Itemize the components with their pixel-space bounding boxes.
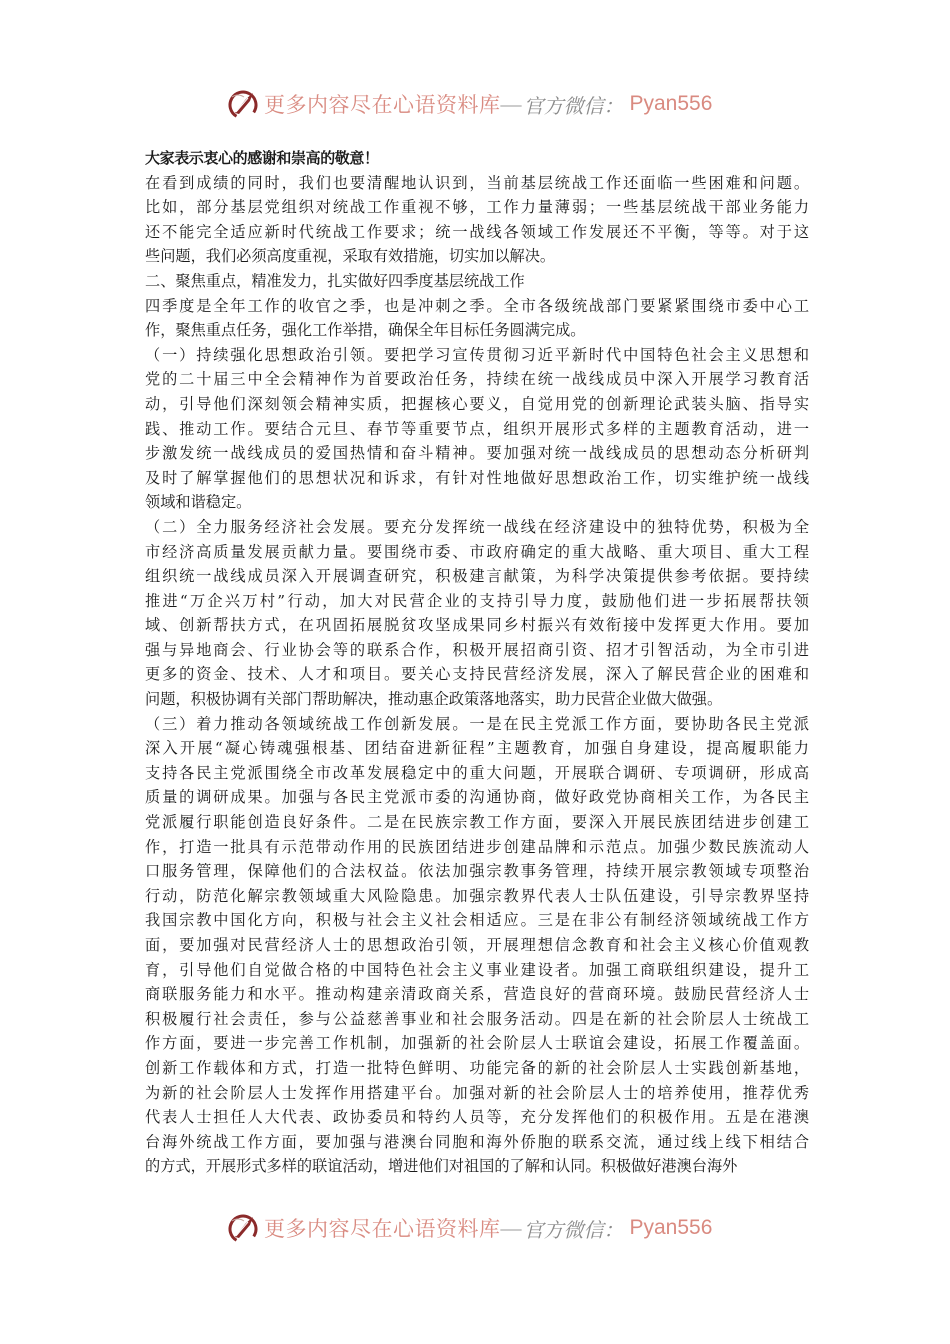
banner-site-name: 更多内容尽在心语资料库: [264, 1213, 501, 1243]
paragraph: 在看到成绩的同时，我们也要清醒地认识到，当前基层统战工作还面临一些困难和问题。比…: [145, 171, 809, 269]
text-line: 更多的资金、技术、人才和项目。要关心支持民营经济发展，深入了解民营企业的困难和: [145, 662, 809, 687]
text-line: 积极履行社会责任，参与公益慈善事业和社会服务活动。四是在新的社会阶层人士统战工: [145, 1007, 809, 1032]
bold-line: 大家表示衷心的感谢和崇高的敬意！: [145, 146, 809, 171]
text-line: 口服务管理，保障他们的合法权益。依法加强宗教事务管理，持续开展宗教领域专项整治: [145, 859, 809, 884]
text-line: 台海外统战工作方面，要加强与港澳台同胞和海外侨胞的联系交流，通过线上线下相结合: [145, 1130, 809, 1155]
text-line: （二）全力服务经济社会发展。要充分发挥统一战线在经济建设中的独特优势，积极为全: [145, 515, 809, 540]
paragraph: （一）持续强化思想政治引领。要把学习宣传贯彻习近平新时代中国特色社会主义思想和党…: [145, 343, 809, 515]
paragraph: 四季度是全年工作的收官之季，也是冲刺之季。全市各级统战部门要紧紧围绕市委中心工作…: [145, 294, 809, 343]
text-line: 领域和谐稳定。: [145, 490, 809, 515]
text-line: 党派履行职能创造良好条件。二是在民族宗教工作方面，要深入开展民族团结进步创建工: [145, 810, 809, 835]
text-line: 比如，部分基层党组织对统战工作重视不够，工作力量薄弱；一些基层统战干部业务能力: [145, 195, 809, 220]
quill-pen-logo-icon: [226, 87, 260, 121]
text-line: 动，引导他们深刻领会精神实质，把握核心要义，自觉用党的创新理论武装头脑、指导实: [145, 392, 809, 417]
paragraph: （三）着力推动各领域统战工作创新发展。一是在民主党派工作方面，要协助各民主党派深…: [145, 712, 809, 1179]
text-line: 我国宗教中国化方向，积极与社会主义社会相适应。三是在非公有制经济领域统战工作方: [145, 908, 809, 933]
text-line: 强与异地商会、行业协会等的联系合作，积极开展招商引资、招才引智活动，为全市引进: [145, 638, 809, 663]
text-line: （三）着力推动各领域统战工作创新发展。一是在民主党派工作方面，要协助各民主党派: [145, 712, 809, 737]
text-line: 的方式，开展形式多样的联谊活动，增进他们对祖国的了解和认同。积极做好港澳台海外: [145, 1154, 809, 1179]
text-line: 市经济高质量发展贡献力量。要围绕市委、市政府确定的重大战略、重大项目、重大工程: [145, 540, 809, 565]
text-line: 作，打造一批具有示范带动作用的民族团结进步创建品牌和示范点。加强少数民族流动人: [145, 835, 809, 860]
document-body: 大家表示衷心的感谢和崇高的敬意！在看到成绩的同时，我们也要清醒地认识到，当前基层…: [145, 146, 809, 1179]
text-line: 践、推动工作。要结合元旦、春节等重要节点，组织开展形式多样的主题教育活动，进一: [145, 417, 809, 442]
text-line: 代表人士担任人大代表、政协委员和特约人员等，充分发挥他们的积极作用。五是在港澳: [145, 1105, 809, 1130]
banner-wechat-id: Pyan556: [630, 1216, 713, 1240]
banner-wechat-label: 官方微信：: [524, 1214, 624, 1243]
text-line: 域、创新帮扶方式，在巩固拓展脱贫攻坚成果同乡村振兴有效衔接中发挥更大作用。要加: [145, 613, 809, 638]
text-line: 质量的调研成果。加强与各民主党派市委的沟通协商，做好政党协商相关工作，为各民主: [145, 785, 809, 810]
text-line: 商联服务能力和水平。推动构建亲清政商关系，营造良好的营商环境。鼓励民营经济人士: [145, 982, 809, 1007]
text-line: 深入开展“凝心铸魂强根基、团结奋进新征程”主题教育，加强自身建设，提高履职能力: [145, 736, 809, 761]
banner-wechat-id: Pyan556: [630, 92, 713, 116]
text-line: （一）持续强化思想政治引领。要把学习宣传贯彻习近平新时代中国特色社会主义思想和: [145, 343, 809, 368]
text-line: 及时了解掌握他们的思想状况和诉求，有针对性地做好思想政治工作，切实维护统一战线: [145, 466, 809, 491]
text-line: 在看到成绩的同时，我们也要清醒地认识到，当前基层统战工作还面临一些困难和问题。: [145, 171, 809, 196]
section-heading: 二、聚焦重点，精准发力，扎实做好四季度基层统战工作: [145, 269, 809, 294]
paragraph: （二）全力服务经济社会发展。要充分发挥统一战线在经济建设中的独特优势，积极为全市…: [145, 515, 809, 712]
quill-pen-logo-icon: [226, 1211, 260, 1245]
header-watermark-banner: 更多内容尽在心语资料库 — 官方微信： Pyan556: [226, 84, 726, 124]
text-line: 行动，防范化解宗教领域重大风险隐患。加强宗教界代表人士队伍建设，引导宗教界坚持: [145, 884, 809, 909]
text-line: 作方面，要进一步完善工作机制，加强新的社会阶层人士联谊会建设，拓展工作覆盖面。: [145, 1031, 809, 1056]
banner-dash: —: [501, 92, 522, 117]
text-line: 面，要加强对民营经济人士的思想政治引领，开展理想信念教育和社会主义核心价值观教: [145, 933, 809, 958]
text-line: 二、聚焦重点，精准发力，扎实做好四季度基层统战工作: [145, 269, 809, 294]
text-line: 四季度是全年工作的收官之季，也是冲刺之季。全市各级统战部门要紧紧围绕市委中心工: [145, 294, 809, 319]
text-line: 大家表示衷心的感谢和崇高的敬意！: [145, 146, 809, 171]
text-line: 育，引导他们自觉做合格的中国特色社会主义事业建设者。加强工商联组织建设，提升工: [145, 958, 809, 983]
banner-dash: —: [501, 1216, 522, 1241]
text-line: 还不能完全适应新时代统战工作要求；统一战线各领域工作发展还不平衡，等等。对于这: [145, 220, 809, 245]
text-line: 推进“万企兴万村”行动，加大对民营企业的支持引导力度，鼓励他们进一步拓展帮扶领: [145, 589, 809, 614]
text-line: 创新工作载体和方式，打造一批特色鲜明、功能完备的新的社会阶层人士实践创新基地，: [145, 1056, 809, 1081]
footer-watermark-banner: 更多内容尽在心语资料库 — 官方微信： Pyan556: [226, 1208, 726, 1248]
text-line: 作，聚焦重点任务，强化工作举措，确保全年目标任务圆满完成。: [145, 318, 809, 343]
banner-site-name: 更多内容尽在心语资料库: [264, 89, 501, 119]
text-line: 些问题，我们必须高度重视，采取有效措施，切实加以解决。: [145, 244, 809, 269]
text-line: 问题，积极协调有关部门帮助解决，推动惠企政策落地落实，助力民营企业做大做强。: [145, 687, 809, 712]
text-line: 组织统一战线成员深入开展调查研究，积极建言献策，为科学决策提供参考依据。要持续: [145, 564, 809, 589]
banner-wechat-label: 官方微信：: [524, 90, 624, 119]
text-line: 为新的社会阶层人士发挥作用搭建平台。加强对新的社会阶层人士的培养使用，推荐优秀: [145, 1081, 809, 1106]
text-line: 步激发统一战线成员的爱国热情和奋斗精神。要加强对统一战线成员的思想动态分析研判: [145, 441, 809, 466]
text-line: 支持各民主党派围绕全市改革发展稳定中的重大问题，开展联合调研、专项调研，形成高: [145, 761, 809, 786]
text-line: 党的二十届三中全会精神作为首要政治任务，持续在统一战线成员中深入开展学习教育活: [145, 367, 809, 392]
